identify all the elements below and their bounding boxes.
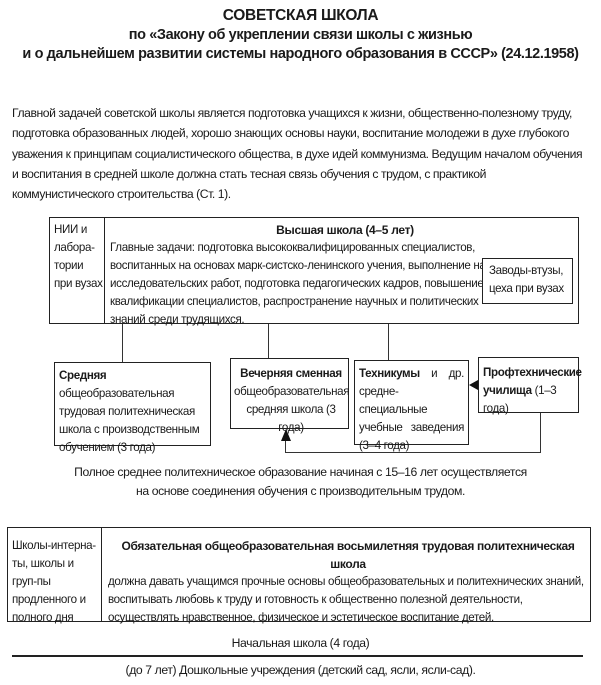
connector-line — [540, 413, 541, 453]
factory-colleges-text: Заводы-втузы, цеха при вузах — [489, 264, 564, 295]
boarding-schools-text: Школы-интерна-ты, школы и груп-пы продле… — [12, 539, 96, 624]
connector-line — [388, 324, 389, 360]
connector-line — [268, 324, 269, 358]
eight-year-school-box: Школы-интерна-ты, школы и груп-пы продле… — [7, 527, 591, 622]
diagram-subtitle-line1: по «Закону об укреплении связи школы с ж… — [0, 27, 601, 43]
connector-line — [285, 452, 541, 453]
higher-school-heading: Высшая школа (4–5 лет) — [200, 221, 490, 239]
primary-school-divider — [12, 655, 583, 657]
diagram-subtitle-line2: и о дальнейшем развитии системы народног… — [0, 46, 601, 62]
research-institutes-text: НИИ и лабора-тории при вузах — [54, 223, 103, 290]
caption-line1: Полное среднее политехническое образован… — [0, 463, 601, 482]
higher-school-description: Главные задачи: подготовка высококвалифи… — [110, 239, 515, 329]
primary-school-label: Начальная школа (4 года) — [0, 634, 601, 653]
research-institutes-label: НИИ и лабора-тории при вузах — [50, 218, 105, 323]
arrow-left-icon — [469, 380, 478, 390]
eight-year-school-description: должна давать учащимся прочные основы об… — [108, 573, 588, 627]
technical-school-title: Техникумы — [359, 367, 420, 380]
preschool-label: (до 7 лет) Дошкольные учреждения (детски… — [0, 661, 601, 680]
boarding-schools-label: Школы-интерна-ты, школы и груп-пы продле… — [8, 528, 102, 621]
arrow-up-icon — [281, 429, 291, 441]
diagram-title: СОВЕТСКАЯ ШКОЛА — [0, 7, 601, 25]
evening-school-box: Вечерняя сменная общеобразовательная сре… — [230, 358, 349, 429]
evening-school-desc: общеобразовательная средняя школа (3 год… — [234, 383, 348, 437]
evening-school-title: Вечерняя сменная — [234, 365, 348, 383]
secondary-school-desc: общеобразовательная трудовая политехниче… — [59, 387, 199, 454]
factory-colleges-box: Заводы-втузы, цеха при вузах — [482, 258, 573, 304]
technical-school-box: Техникумы и др. средне-специальные учебн… — [354, 360, 469, 445]
caption-line2: на основе соединения обучения с производ… — [0, 482, 601, 501]
connector-line — [122, 324, 123, 362]
secondary-school-box: Средняя общеобразовательная трудовая пол… — [54, 362, 211, 446]
eight-year-school-heading: Обязательная общеобразовательная восьмил… — [108, 537, 588, 573]
secondary-school-title: Средняя — [59, 369, 106, 382]
intro-paragraph: Главной задачей советской школы является… — [12, 103, 590, 204]
eight-year-school-content: Обязательная общеобразовательная восьмил… — [108, 537, 588, 627]
vocational-school-box: Профтехнические училища (1–3 года) — [478, 357, 579, 413]
